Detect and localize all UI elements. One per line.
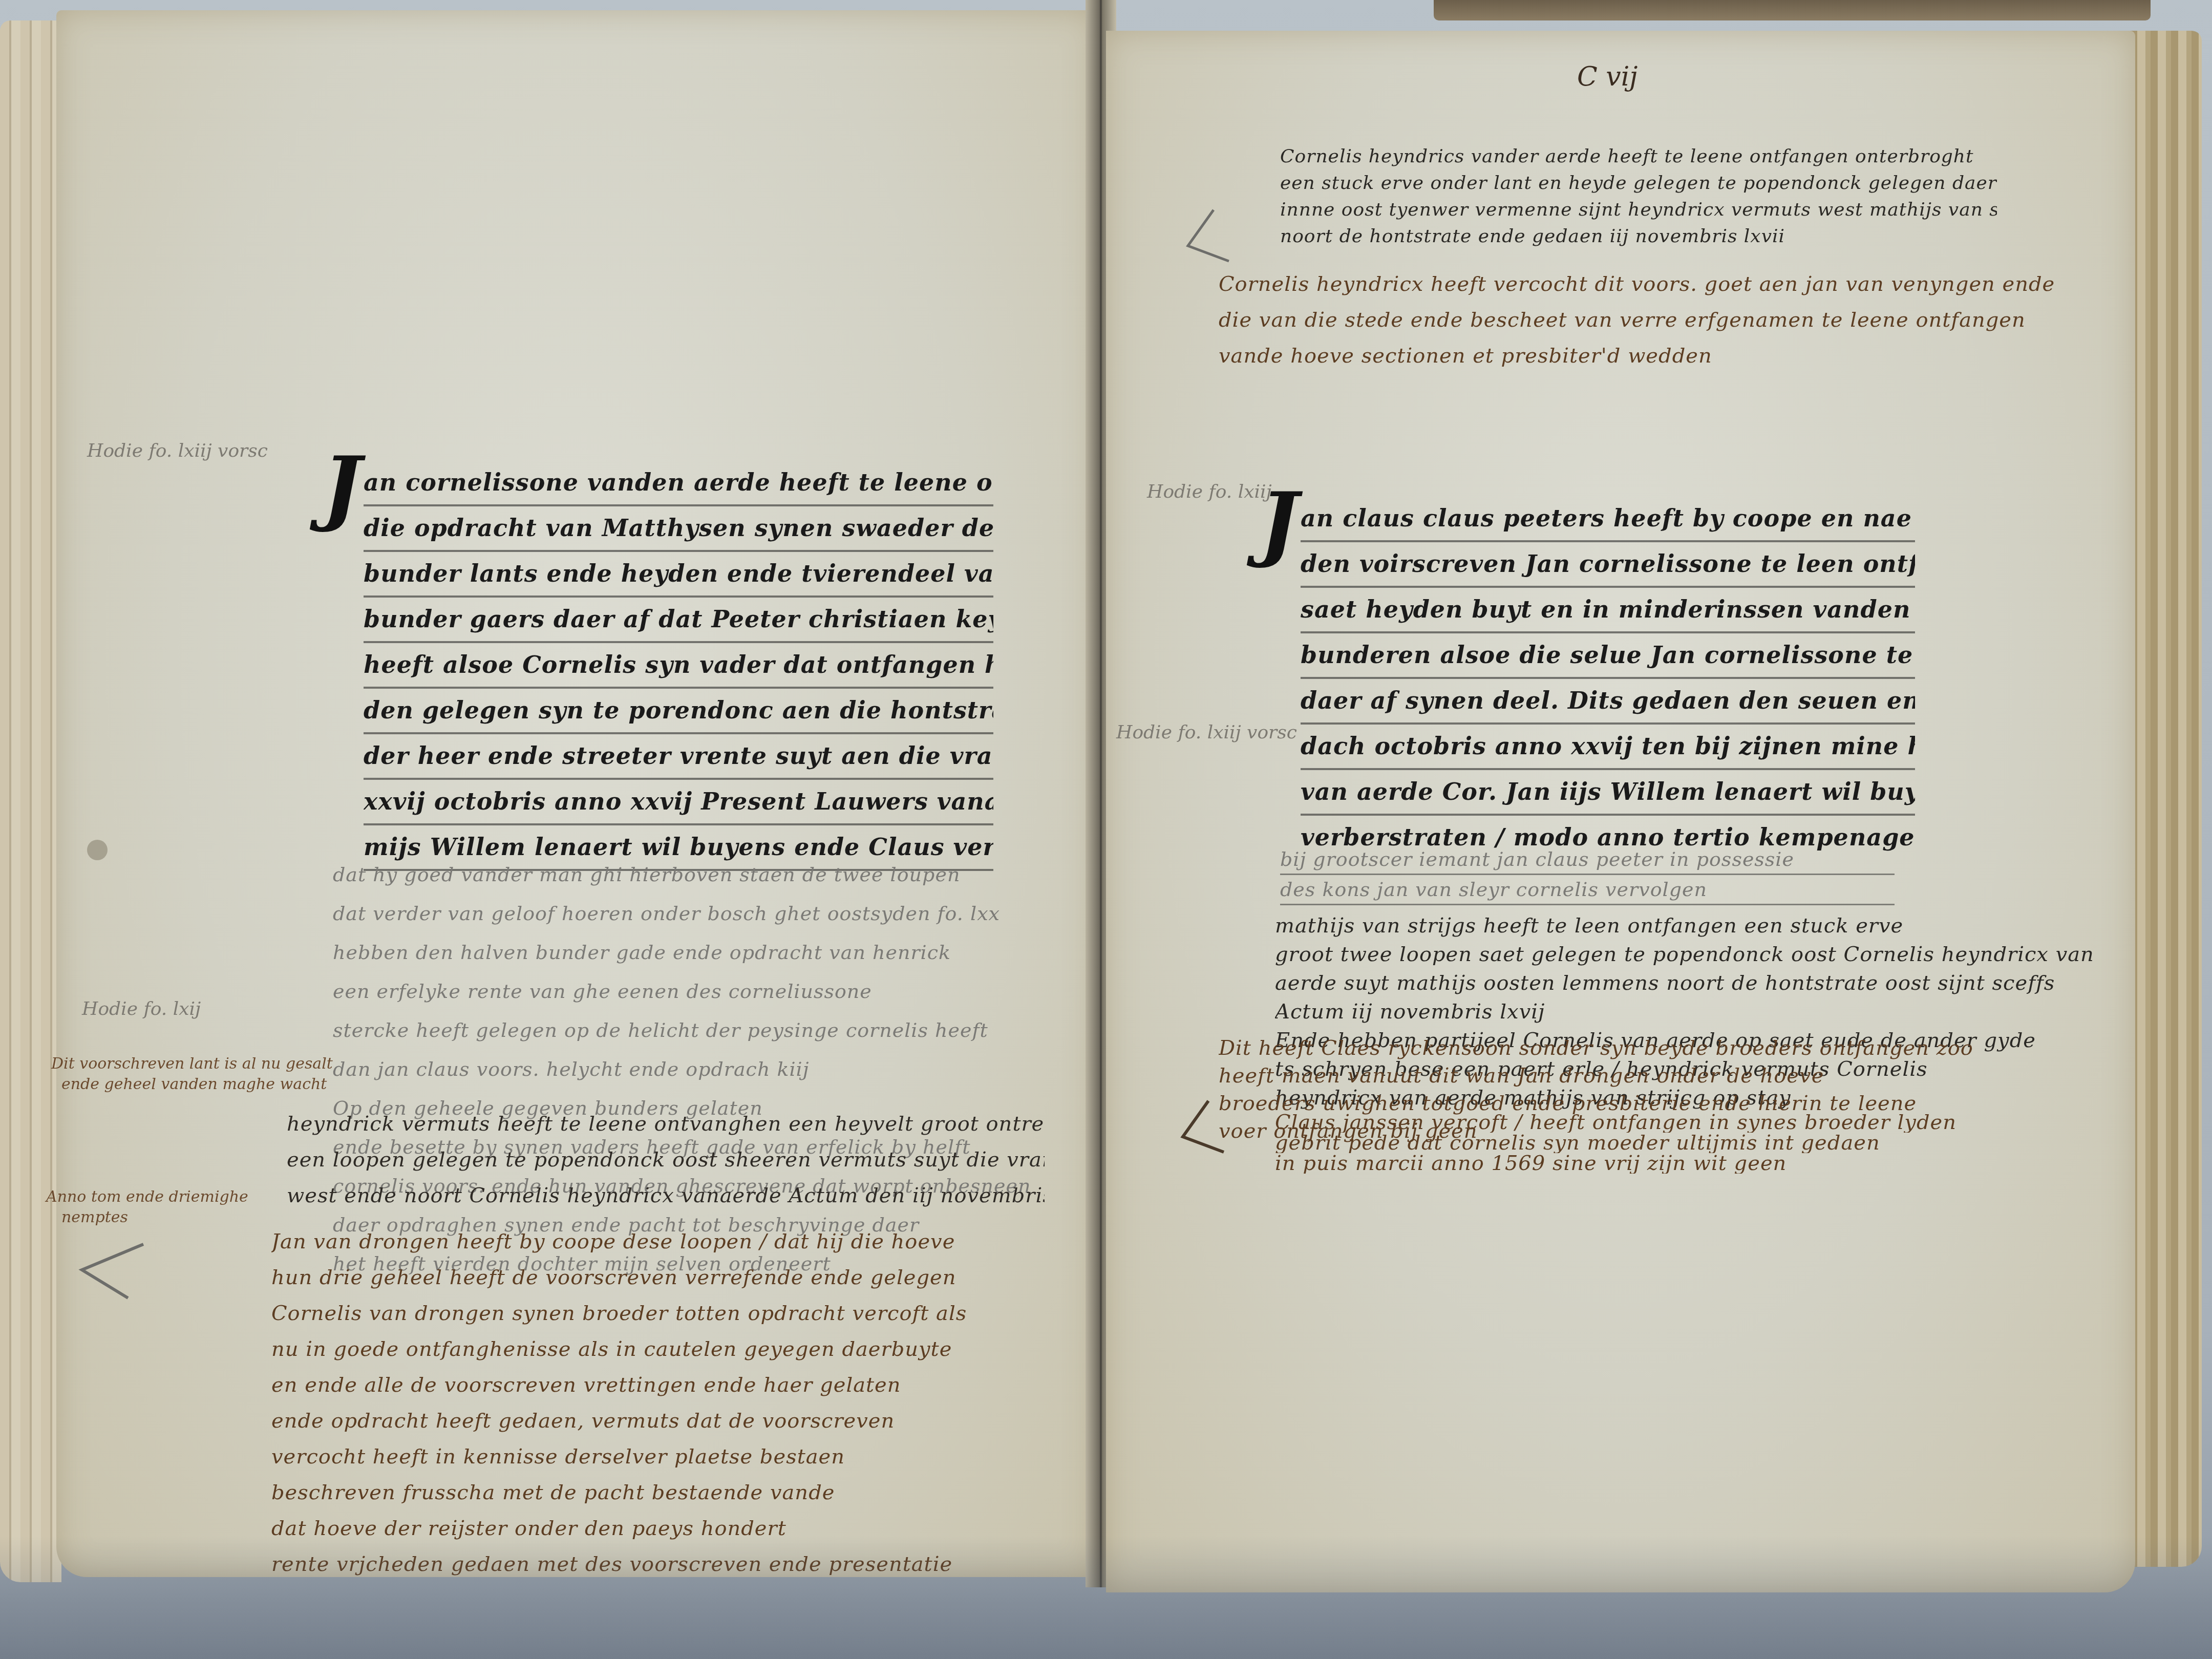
cursive-entry: Jan van drongen heeft by coope dese loop… — [271, 1224, 1050, 1582]
entry-line: Cornelis heyndricx heeft vercocht dit vo… — [1219, 266, 2130, 302]
entry-line: an claus claus peeters heeft by coope en… — [1301, 497, 1915, 542]
entry-line: noort de hontstrate ende gedaen iij nove… — [1280, 223, 1997, 250]
entry-line: een stuck erve onder lant en heyde geleg… — [1280, 170, 1997, 197]
entry-line: vande hoeve sectionen et presbiter'd wed… — [1219, 338, 2130, 374]
entry-line: stercke heeft gelegen op de helicht der … — [333, 1011, 1029, 1050]
entry-line: Jan van drongen heeft by coope dese loop… — [271, 1224, 1050, 1260]
margin-note: nemptes — [61, 1208, 128, 1226]
cursive-entry: heyndrick vermuts heeft te leene ontvang… — [287, 1106, 1045, 1214]
entry-line: bunder lants ende heyden ende tvierendee… — [364, 552, 993, 598]
faint-entry: dat hy goed vander man ghi hierboven sta… — [333, 855, 1029, 1283]
margin-note-cross-reference: Hodie fo. lxij — [82, 998, 201, 1019]
cursive-entry: Dit heeft Claes ryckensoon sonder syn be… — [1219, 1034, 2130, 1145]
entry-line: innne oost tyenwer vermenne sijnt heyndr… — [1280, 197, 1997, 223]
entry-line: dan jan claus voors. helycht ende opdrac… — [333, 1050, 1029, 1089]
entry-line: Dit heeft Claes ryckensoon sonder syn be… — [1219, 1034, 2130, 1062]
entry-line: die opdracht van Matthysen synen swaeder… — [364, 506, 993, 552]
top-annotation: Cornelis heyndricx heeft vercocht dit vo… — [1219, 266, 2130, 374]
entry-line: dat hy goed vander man ghi hierboven sta… — [333, 855, 1029, 894]
book-binding-top — [1434, 0, 2151, 20]
decorated-initial: J — [323, 445, 361, 527]
decorated-initial: J — [1260, 481, 1299, 563]
entry-line: nu in goede ontfanghenisse als in cautel… — [271, 1331, 1050, 1367]
entry-line: heyndrick vermuts heeft te leene ontvang… — [287, 1106, 1045, 1142]
entry-line: een loopen gelegen te popendonck oost sh… — [287, 1142, 1045, 1178]
entry-line: heeft alsoe Cornelis syn vader dat ontfa… — [364, 643, 993, 689]
entry-line: beschreven frusscha met de pacht bestaen… — [271, 1475, 1050, 1511]
entry-line: ende opdracht heeft gedaen, vermuts dat … — [271, 1403, 1050, 1439]
entry-line: bij grootscer iemant jan claus peeter in… — [1280, 845, 1895, 875]
entry-line: die van die stede ende bescheet van verr… — [1219, 302, 2130, 338]
left-page: Hodie fo. lxiij vorsc Hodie fo. lxij Dit… — [56, 10, 1096, 1577]
margin-note-cross-reference: Hodie fo. lxiij — [1147, 481, 1272, 502]
entry-line: in puis marcii anno 1569 sine vrij zijn … — [1275, 1153, 2104, 1174]
entry-line: een erfelyke rente van ghe eenen des cor… — [333, 972, 1029, 1011]
margin-note: Dit voorschreven lant is al nu gesalt — [51, 1055, 333, 1073]
entry-line: en ende alle de voorscreven vrettingen e… — [271, 1367, 1050, 1403]
right-page: C vij Cornelis heyndrics vander aerde he… — [1106, 31, 2135, 1592]
entry-line: hun drie geheel heeft de voorscreven ver… — [271, 1260, 1050, 1295]
top-entry: Cornelis heyndrics vander aerde heeft te… — [1280, 143, 1997, 250]
entry-line: broeders uwighen totgoed ende presbiteri… — [1219, 1090, 2130, 1117]
main-entry-formal: an claus claus peeters heeft by coope en… — [1301, 497, 1915, 859]
entry-line: den gelegen syn te porendonc aen die hon… — [364, 689, 993, 734]
table-shadow — [0, 1536, 2212, 1659]
entry-line: van aerde Cor. Jan iijs Willem lenaert w… — [1301, 770, 1915, 816]
entry-line: dat verder van geloof hoeren onder bosch… — [333, 894, 1029, 933]
entry-line: groot twee loopen saet gelegen te popend… — [1275, 940, 2104, 969]
ink-blot — [87, 840, 108, 860]
faint-entry: bij grootscer iemant jan claus peeter in… — [1280, 845, 1895, 905]
entry-line: der heer ende streeter vrente suyt aen d… — [364, 734, 993, 780]
entry-line: west ende noort Cornelis heyndricx vanae… — [287, 1178, 1045, 1214]
entry-line: hebben den halven bunder gade ende opdra… — [333, 933, 1029, 972]
margin-note-cross-reference: Hodie fo. lxiij vorsc — [1116, 722, 1297, 743]
entry-line: Cornelis heyndrics vander aerde heeft te… — [1280, 143, 1997, 170]
main-entry-formal: an cornelissone vanden aerde heeft te le… — [364, 461, 993, 871]
entry-line: aerde suyt mathijs oosten lemmens noort … — [1275, 969, 2104, 997]
margin-note-cross-reference: Hodie fo. lxiij vorsc — [87, 440, 268, 461]
entry-line: vercocht heeft in kennisse derselver pla… — [271, 1439, 1050, 1475]
entry-line: des kons jan van sleyr cornelis vervolge… — [1280, 875, 1895, 905]
margin-note: ende geheel vanden maghe wacht — [61, 1075, 327, 1093]
caret-mark-icon — [72, 1239, 148, 1301]
entry-line: Cornelis van drongen synen broeder totte… — [271, 1295, 1050, 1331]
entry-line: voer ontfangen bij geen — [1219, 1117, 2130, 1145]
entry-line: Actum iij novembris lxvij — [1275, 997, 2104, 1026]
page-stack-left-edge — [0, 20, 61, 1582]
entry-line: den voirscreven Jan cornelissone te leen… — [1301, 542, 1915, 588]
entry-line: daer af synen deel. Dits gedaen den seue… — [1301, 679, 1915, 725]
entry-line: an cornelissone vanden aerde heeft te le… — [364, 461, 993, 506]
margin-note: Anno tom ende driemighe — [46, 1188, 248, 1206]
entry-line: xxvij octobris anno xxvij Present Lauwer… — [364, 780, 993, 825]
entry-line: heeft maen vanuut dit wan Jan drongen on… — [1219, 1062, 2130, 1090]
entry-line: bunderen alsoe die selue Jan cornelisson… — [1301, 633, 1915, 679]
page-stack-right-edge — [2130, 31, 2202, 1567]
entry-line: mathijs van strijgs heeft te leen ontfan… — [1275, 911, 2104, 940]
caret-mark-icon — [1183, 205, 1234, 266]
entry-line: dach octobris anno xxvij ten bij zijnen … — [1301, 725, 1915, 770]
entry-line: saet heyden buyt en in minderinssen vand… — [1301, 588, 1915, 633]
entry-line: bunder gaers daer af dat Peeter christia… — [364, 598, 993, 643]
folio-number: C vij — [1577, 61, 1637, 92]
